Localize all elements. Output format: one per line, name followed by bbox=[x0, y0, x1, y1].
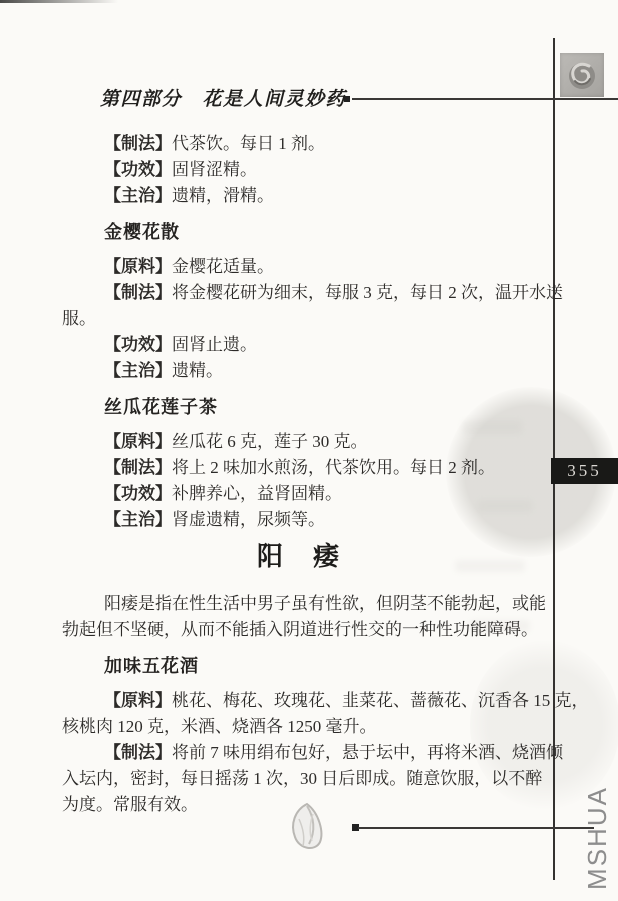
header-rule bbox=[352, 98, 618, 100]
entry-line: 【原料】丝瓜花 6 克，莲子 30 克。 bbox=[62, 429, 536, 455]
entry-label: 【功效】 bbox=[104, 335, 172, 354]
entry-line: 【原料】金樱花适量。 bbox=[62, 254, 536, 280]
entry-label: 【制法】 bbox=[104, 134, 172, 153]
flower-ornament-icon bbox=[286, 800, 328, 863]
section-heading: 阳 痿 bbox=[62, 541, 536, 571]
corner-logo bbox=[560, 53, 604, 97]
entry-label: 【功效】 bbox=[104, 484, 172, 503]
entry-label: 【功效】 bbox=[104, 160, 172, 179]
entry-label: 【原料】 bbox=[104, 432, 172, 451]
entry-line: 【制法】将上 2 味加水煎汤，代茶饮用。每日 2 剂。 bbox=[62, 455, 536, 481]
content-column: 【制法】代茶饮。每日 1 剂。【功效】固肾涩精。【主治】遗精，滑精。金樱花散【原… bbox=[62, 131, 536, 818]
page-number-badge: 355 bbox=[551, 458, 618, 484]
entry-line: 【原料】桃花、梅花、玫瑰花、韭菜花、蔷薇花、沉香各 15 克， bbox=[62, 688, 536, 714]
paragraph-line: 服。 bbox=[62, 306, 536, 332]
entry-line: 【制法】将金樱花研为细末，每服 3 克，每日 2 次，温开水送 bbox=[62, 280, 536, 306]
recipe-title: 金樱花散 bbox=[62, 219, 536, 245]
swirl-icon bbox=[560, 53, 604, 97]
scanned-book-page: 第四部分 花是人间灵妙药 355 【制法】代茶饮。每日 1 剂。【功效】固肾涩精… bbox=[0, 0, 618, 901]
recipe-title: 丝瓜花莲子茶 bbox=[62, 394, 536, 420]
entry-line: 【功效】固肾止遗。 bbox=[62, 332, 536, 358]
recipe-title: 加味五花酒 bbox=[62, 653, 536, 679]
entry-line: 【制法】将前 7 味用绢布包好，悬于坛中，再将米酒、烧酒倾 bbox=[62, 740, 536, 766]
entry-line: 【功效】补脾养心，益肾固精。 bbox=[62, 481, 536, 507]
entry-label: 【主治】 bbox=[104, 186, 172, 205]
entry-label: 【主治】 bbox=[104, 510, 172, 529]
entry-line: 【主治】遗精，滑精。 bbox=[62, 183, 536, 209]
entry-label: 【制法】 bbox=[104, 458, 172, 477]
entry-label: 【原料】 bbox=[104, 691, 172, 710]
paragraph-line: 入坛内，密封，每日摇荡 1 次，30 日后即成。随意饮服，以不醉 bbox=[62, 766, 536, 792]
paragraph-line: 核桃肉 120 克，米酒、烧酒各 1250 毫升。 bbox=[62, 714, 536, 740]
chapter-header: 第四部分 花是人间灵妙药 bbox=[100, 84, 346, 108]
paragraph-line: 阳痿是指在性生活中男子虽有性欲，但阴茎不能勃起，或能 bbox=[62, 591, 536, 617]
entry-line: 【制法】代茶饮。每日 1 剂。 bbox=[62, 131, 536, 157]
scan-smudge bbox=[0, 0, 118, 3]
entry-label: 【制法】 bbox=[104, 283, 172, 302]
entry-label: 【原料】 bbox=[104, 257, 172, 276]
entry-line: 【功效】固肾涩精。 bbox=[62, 157, 536, 183]
entry-line: 【主治】肾虚遗精，尿频等。 bbox=[62, 507, 536, 533]
entry-line: 【主治】遗精。 bbox=[62, 358, 536, 384]
watermark: MSHUA bbox=[580, 773, 614, 901]
entry-label: 【主治】 bbox=[104, 361, 172, 380]
paragraph-line: 勃起但不坚硬，从而不能插入阴道进行性交的一种性功能障碍。 bbox=[62, 617, 536, 643]
entry-label: 【制法】 bbox=[104, 743, 172, 762]
footer-rule bbox=[358, 827, 594, 829]
